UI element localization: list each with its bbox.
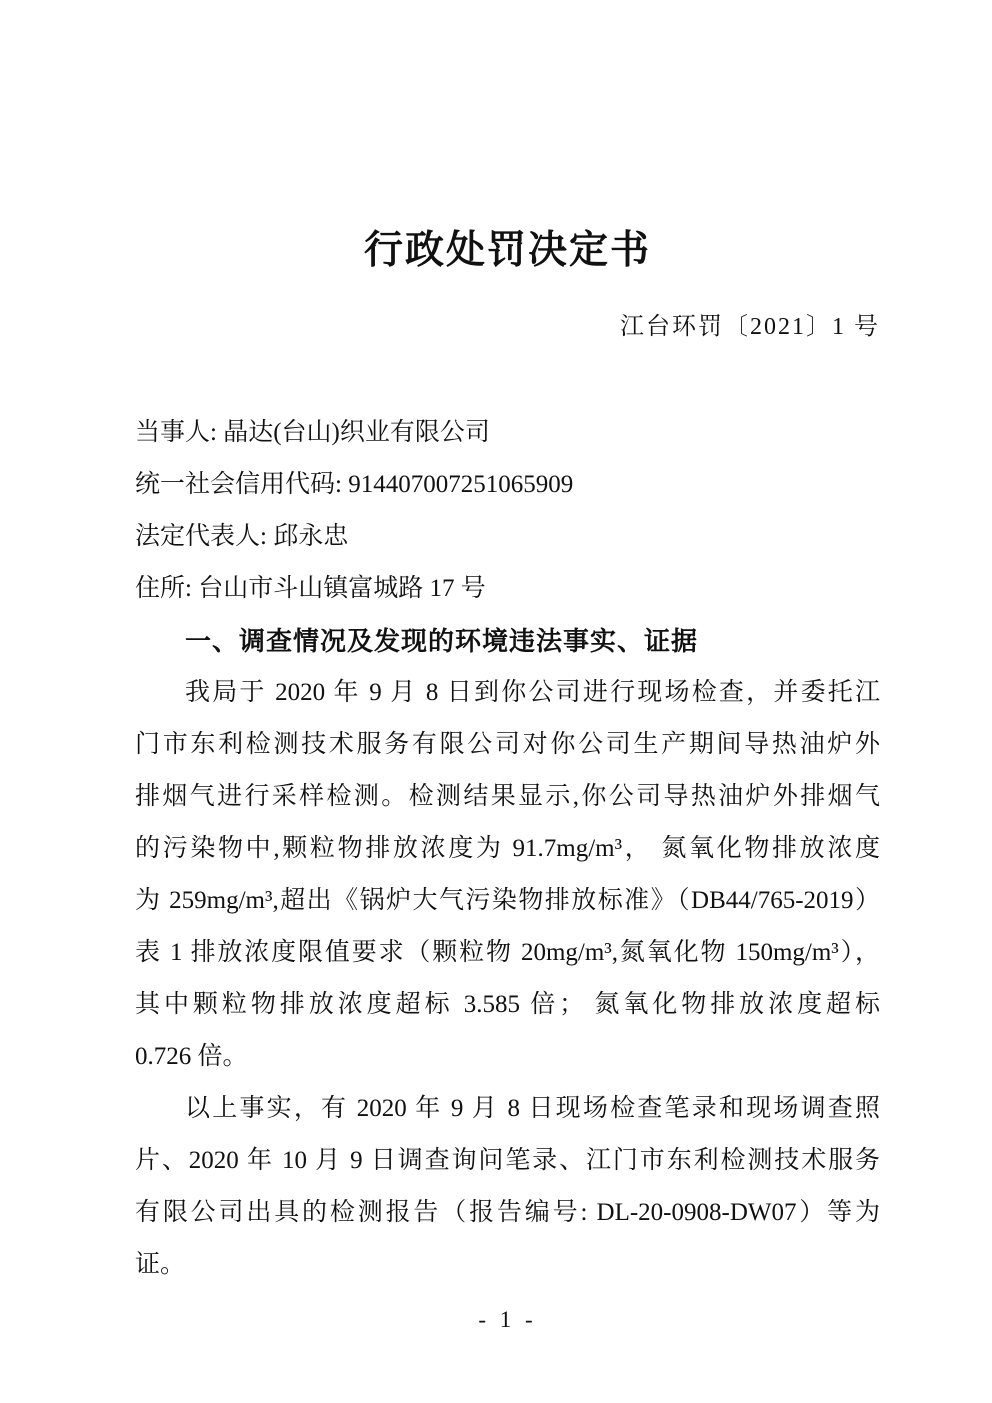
document-number: 江台环罚〔2021〕1 号 [135,312,880,342]
section-heading: 一、调查情况及发现的环境违法事实、证据 [135,615,880,667]
paragraph-line: 证。 [135,1239,880,1291]
paragraph-line: 为 259mg/m³,超出《锅炉大气污染物排放标准》（DB44/765-2019… [135,875,880,927]
paragraph-line: 门市东利检测技术服务有限公司对你公司生产期间导热油炉外 [135,719,880,771]
document-title: 行政处罚决定书 [135,0,880,276]
paragraph-line: 片、2020 年 10 月 9 日调查询问笔录、江门市东利检测技术服务 [135,1135,880,1187]
paragraph-line: 以上事实，有 2020 年 9 月 8 日现场检查笔录和现场调查照 [135,1083,880,1135]
page-number: - 1 - [135,1305,880,1335]
paragraph-line: 表 1 排放浓度限值要求（颗粒物 20mg/m³,氮氧化物 150mg/m³）， [135,927,880,979]
document-body: 当事人: 晶达(台山)织业有限公司 统一社会信用代码: 914407007251… [135,407,880,1291]
document-content: 行政处罚决定书 江台环罚〔2021〕1 号 当事人: 晶达(台山)织业有限公司 … [135,0,880,1335]
legal-representative-line: 法定代表人: 邱永忠 [135,511,880,563]
paragraph-line: 有限公司出具的检测报告（报告编号: DL-20-0908-DW07）等为 [135,1187,880,1239]
paragraph-evidence: 以上事实，有 2020 年 9 月 8 日现场检查笔录和现场调查照 片、2020… [135,1083,880,1291]
document-page: 行政处罚决定书 江台环罚〔2021〕1 号 当事人: 晶达(台山)织业有限公司 … [0,0,992,1403]
paragraph-line: 的污染物中,颗粒物排放浓度为 91.7mg/m³， 氮氧化物排放浓度 [135,823,880,875]
credit-code-line: 统一社会信用代码: 914407007251065909 [135,459,880,511]
paragraph-line: 我局于 2020 年 9 月 8 日到你公司进行现场检查，并委托江 [135,667,880,719]
paragraph-line: 其中颗粒物排放浓度超标 3.585 倍； 氮氧化物排放浓度超标 [135,979,880,1031]
party-line: 当事人: 晶达(台山)织业有限公司 [135,407,880,459]
address-line: 住所: 台山市斗山镇富城路 17 号 [135,563,880,615]
paragraph-investigation: 我局于 2020 年 9 月 8 日到你公司进行现场检查，并委托江 门市东利检测… [135,667,880,1083]
paragraph-line: 排烟气进行采样检测。检测结果显示,你公司导热油炉外排烟气 [135,771,880,823]
paragraph-line: 0.726 倍。 [135,1031,880,1083]
